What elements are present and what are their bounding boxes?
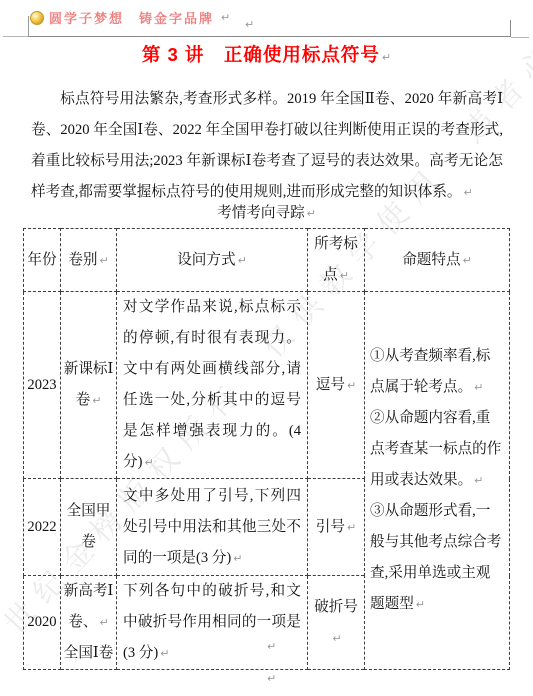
paragraph-mark-icon: ↵ bbox=[347, 379, 356, 392]
header-year: 年份 bbox=[24, 229, 61, 292]
paragraph-mark-icon: ↵ bbox=[332, 632, 341, 645]
paragraph-mark-icon: ↵ bbox=[221, 11, 230, 24]
exam-overview-table: 年份 卷别↵ 设问方式↵ 所考标点↵ 命题特点↵ 2023 新课标Ⅰ卷↵ bbox=[23, 228, 510, 670]
table-caption-text: 考情考向寻踪 bbox=[217, 205, 305, 221]
table-row: 2023 新课标Ⅰ卷↵ 对文学作品来说,标点标示的停顿,有时很有表现力。文中有两… bbox=[24, 292, 510, 479]
paragraph-mark-icon: ↵ bbox=[464, 186, 473, 199]
intro-text: 标点符号用法繁杂,考查形式多样。2019 年全国Ⅱ卷、2020 年新高考Ⅰ卷、2… bbox=[31, 91, 503, 200]
cell-paper-2023: 新课标Ⅰ卷↵ bbox=[61, 292, 117, 479]
paragraph-mark-icon: ↵ bbox=[92, 394, 101, 407]
page-title-text: 第 3 讲 正确使用标点符号 bbox=[142, 44, 380, 65]
paragraph-mark-icon: ↵ bbox=[382, 51, 391, 64]
paragraph-mark-icon: ↵ bbox=[474, 381, 483, 394]
paper-line: 全国Ⅰ卷 bbox=[62, 638, 115, 669]
cell-punct-2020: 破折号↵ bbox=[308, 576, 365, 670]
paragraph-mark-icon: ↵ bbox=[160, 647, 169, 660]
table-header-row: 年份 卷别↵ 设问方式↵ 所考标点↵ 命题特点↵ bbox=[24, 229, 510, 292]
header-features: 命题特点↵ bbox=[365, 229, 510, 292]
intro-paragraph: 标点符号用法繁杂,考查形式多样。2019 年全国Ⅱ卷、2020 年新高考Ⅰ卷、2… bbox=[31, 84, 503, 208]
cell-question-2022: 文中多处用了引号,下列四处引号中用法和其他三处不同的一项是(3 分)↵ bbox=[117, 479, 308, 576]
paragraph-mark-icon: ↵ bbox=[267, 640, 276, 653]
header-border bbox=[28, 36, 511, 37]
page-title: 第 3 讲 正确使用标点符号↵ bbox=[0, 41, 533, 67]
paragraph-mark-icon: ↵ bbox=[416, 598, 425, 611]
document-page: 世纪金榜版权所有 仅供教学使用 违者必究 圆学子梦想 铸金字品牌 ↵ ↵ 第 3… bbox=[0, 0, 533, 696]
feature-item: ③从命题形式看,一般与其他考点综合考查,采用单选或主观题题型↵ bbox=[370, 496, 504, 620]
margin-mark-right bbox=[510, 20, 511, 37]
paper-line: 新高考Ⅰ卷、↵ bbox=[62, 576, 115, 638]
paragraph-mark-icon: ↵ bbox=[347, 521, 356, 534]
paragraph-mark-icon: ↵ bbox=[144, 456, 153, 469]
table-caption: 考情考向寻踪↵ bbox=[0, 201, 533, 222]
header-question: 设问方式↵ bbox=[117, 229, 308, 292]
brand-header: 圆学子梦想 铸金字品牌 ↵ bbox=[30, 8, 230, 27]
paragraph-mark-icon: ↵ bbox=[474, 474, 483, 487]
paragraph-mark-icon: ↵ bbox=[233, 552, 242, 565]
header-border-right bbox=[511, 37, 529, 38]
paragraph-mark-icon: ↵ bbox=[340, 269, 349, 282]
cell-year-2022: 2022 bbox=[24, 479, 61, 576]
cell-year-2020: 2020 bbox=[24, 576, 61, 670]
brand-logo-icon bbox=[30, 11, 44, 25]
margin-mark-left bbox=[28, 16, 29, 37]
cell-features: ①从考查频率看,标点属于轮考点。↵ ②从命题内容看,重点考查某一标点的作用或表达… bbox=[365, 292, 510, 670]
paragraph-mark-icon: ↵ bbox=[99, 254, 108, 267]
paragraph-mark-icon: ↵ bbox=[307, 207, 316, 220]
cell-paper-2022: 全国甲卷 bbox=[61, 479, 117, 576]
feature-item: ②从命题内容看,重点考查某一标点的作用或表达效果。↵ bbox=[370, 403, 504, 496]
paragraph-mark-icon: ↵ bbox=[99, 616, 108, 629]
cell-paper-2020: 新高考Ⅰ卷、↵ 全国Ⅰ卷 bbox=[61, 576, 117, 670]
brand-slogan: 圆学子梦想 铸金字品牌 bbox=[49, 8, 214, 27]
paragraph-mark-icon: ↵ bbox=[463, 254, 472, 267]
cell-punct-2023: 逗号↵ bbox=[308, 292, 365, 479]
feature-item: ①从考查频率看,标点属于轮考点。↵ bbox=[370, 341, 504, 403]
cell-year-2023: 2023 bbox=[24, 292, 61, 479]
cell-question-2023: 对文学作品来说,标点标示的停顿,有时很有表现力。文中有两处画横线部分,请任选一处… bbox=[117, 292, 308, 479]
cell-question-2020: 下列各句中的破折号,和文中破折号作用相同的一项是(3 分)↵ bbox=[117, 576, 308, 670]
cell-punct-2022: 引号↵ bbox=[308, 479, 365, 576]
header-paper: 卷别↵ bbox=[61, 229, 117, 292]
paragraph-mark-icon: ↵ bbox=[238, 254, 247, 267]
header-border-left bbox=[3, 36, 28, 37]
header-punct: 所考标点↵ bbox=[308, 229, 365, 292]
paragraph-mark-icon: ↵ bbox=[245, 18, 254, 31]
paragraph-mark-icon: ↵ bbox=[267, 672, 276, 685]
